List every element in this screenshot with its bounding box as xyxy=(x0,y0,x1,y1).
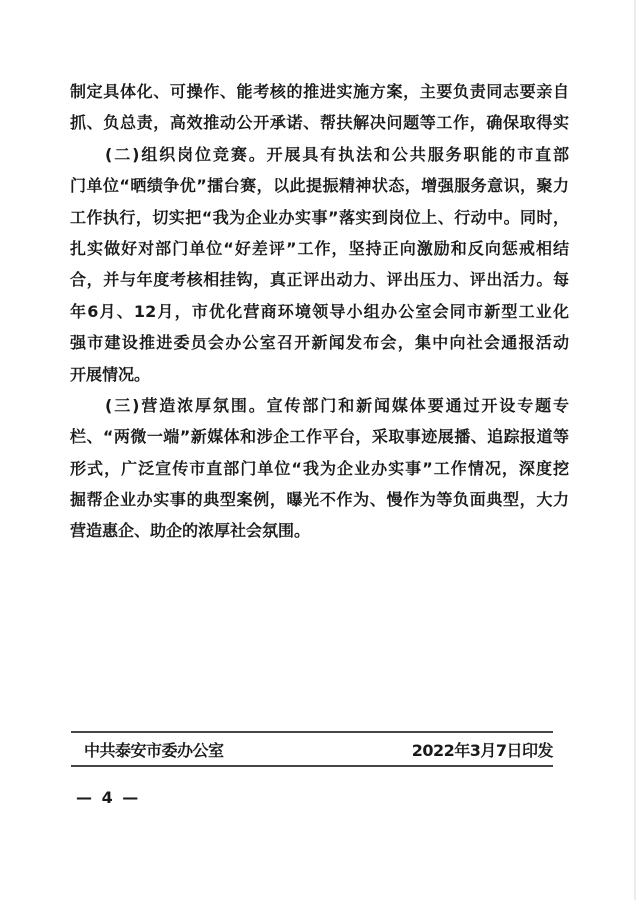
document-footer: 中共泰安市委办公室 2022年3月7日印发 xyxy=(71,735,553,763)
body-text-line: 年6月、12月，市优化营商环境领导小组办公室会同市新型工业化 xyxy=(70,296,569,327)
document-page: 制定具体化、可操作、能考核的推进实施方案，主要负责同志要亲自抓、负总责，高效推动… xyxy=(0,0,638,900)
footer-rule-bottom xyxy=(71,765,553,767)
document-body: 制定具体化、可操作、能考核的推进实施方案，主要负责同志要亲自抓、负总责，高效推动… xyxy=(70,76,569,547)
body-text-line: 制定具体化、可操作、能考核的推进实施方案，主要负责同志要亲自 xyxy=(70,76,569,107)
body-text-line: 门单位“晒绩争优”擂台赛，以此提振精神状态，增强服务意识，聚力 xyxy=(70,170,569,201)
body-text-line: 形式，广泛宣传市直部门单位“我为企业办实事”工作情况，深度挖 xyxy=(70,453,569,484)
page-number: — 4 — xyxy=(76,788,140,807)
body-text-line: 开展情况。 xyxy=(70,359,569,390)
body-text-line: (三)营造浓厚氛围。宣传部门和新闻媒体要通过开设专题专 xyxy=(70,390,569,421)
body-text-line: 工作执行，切实把“我为企业办实事”落实到岗位上、行动中。同时， xyxy=(70,202,569,233)
footer-issuer: 中共泰安市委办公室 xyxy=(84,738,224,761)
body-text-line: (二)组织岗位竞赛。开展具有执法和公共服务职能的市直部 xyxy=(70,139,569,170)
body-text-line: 栏、“两微一端”新媒体和涉企工作平台，采取事迹展播、追踪报道等 xyxy=(70,421,569,452)
footer-print-date: 2022年3月7日印发 xyxy=(412,738,553,761)
body-text-line: 营造惠企、助企的浓厚社会氛围。 xyxy=(70,515,569,546)
body-text-line: 合，并与年度考核相挂钩，真正评出动力、评出压力、评出活力。每 xyxy=(70,264,569,295)
body-text-line: 扎实做好对部门单位“好差评”工作，坚持正向激励和反向惩戒相结 xyxy=(70,233,569,264)
body-text-line: 抓、负总责，高效推动公开承诺、帮扶解决问题等工作，确保取得实效。 xyxy=(70,107,569,138)
page-edge-shadow xyxy=(634,0,636,900)
body-text-line: 掘帮企业办实事的典型案例，曝光不作为、慢作为等负面典型，大力 xyxy=(70,484,569,515)
body-text-line: 强市建设推进委员会办公室召开新闻发布会，集中向社会通报活动 xyxy=(70,327,569,358)
footer-rule-top xyxy=(71,731,553,733)
